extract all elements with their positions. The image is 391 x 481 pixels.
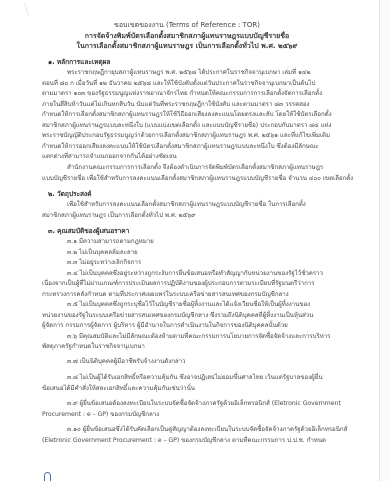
viewer-gutter	[380, 0, 391, 481]
paragraph-line: ตอนที่ ๘๐ ก เมื่อวันที่ ๑๒ ธันวาคม ๒๕๖๘ …	[42, 79, 315, 89]
section-heading-1: ๑. หลักการและเหตุผล	[48, 57, 110, 67]
list-item: ๓.๓ ไม่อยู่ระหว่างเลิกกิจการ	[67, 258, 141, 268]
paragraph-line: หน่วยงานของรัฐในระบบเครือข่ายสารสนเทศของ…	[42, 311, 313, 321]
paragraph-line: พัสดุภาครัฐกำหนดในราชกิจจานุเบกษา	[42, 342, 145, 352]
list-item: ๓.๑๐ ผู้ยื่นข้อเสนอซึ่งได้รับคัดเลือกเป็…	[67, 425, 347, 435]
paragraph-line: ตามมาตรา ๑๐๓ ของรัฐธรรมนูญแห่งราชอาณาจัก…	[42, 89, 322, 99]
title-line-3: ในการเลือกตั้งสมาชิกสภาผู้แทนราษฎร เป็นก…	[42, 41, 332, 52]
cursor-mark-icon	[44, 472, 51, 481]
paragraph-line: Procurement : e – GP) ของกรมบัญชีกลาง	[42, 410, 159, 420]
paragraph-line: สมาชิกสภาผู้แทนราษฎร เป็นการเลือกตั้งทั่…	[42, 211, 196, 221]
section-heading-3: ๓. คุณสมบัติของผู้เสนอราคา	[48, 226, 129, 236]
paragraph-line: ผู้จัดการ กรรมการผู้จัดการ ผู้บริหาร ผู้…	[42, 321, 288, 331]
paragraph-line: เนื่องจากเป็นผู้ที่ไม่ผ่านเกณฑ์การประเมิ…	[42, 279, 315, 289]
title-line-1: ขอบเขตของงาน (Terms of Reference : TOR)	[42, 20, 332, 31]
document-title: ขอบเขตของงาน (Terms of Reference : TOR) …	[42, 20, 332, 52]
paragraph-line: แตกต่างที่สามารถจำแนกออกจากกันได้อย่างชั…	[42, 152, 177, 162]
paragraph-line: กำหนดให้การออกเสียงลงคะแนนให้ใช้บัตรเลือ…	[42, 142, 319, 152]
paragraph-line: แบบบัญชีรายชื่อ เพื่อใช้สำหรับการลงคะแนน…	[42, 174, 353, 184]
paragraph-line: พระราชบัญญัติประกอบรัฐธรรมนูญว่าด้วยการเ…	[42, 131, 330, 141]
paragraph-line: กำหนดให้การเลือกตั้งสมาชิกสภาผู้แทนราษฎร…	[42, 110, 332, 120]
list-item: ๓.๖ มีคุณสมบัติและไม่มีลักษณะต้องห้ามตาม…	[67, 332, 330, 342]
paragraph-line: กระทรวงการคลังกำหนด ตามที่ประกาศเผยแพร่ใ…	[42, 290, 289, 300]
paragraph-line: ข้อเสนอได้มีคำสั่งให้สละเอกสิทธิ์และความ…	[42, 384, 195, 394]
paragraph-line: สำนักงานคณะกรรมการการเลือกตั้ง จึงต้องดำ…	[67, 163, 323, 173]
section-heading-2: ๒. วัตถุประสงค์	[48, 189, 91, 199]
list-item: ๓.๒ ไม่เป็นบุคคลล้มละลาย	[67, 248, 138, 258]
list-item: ๓.๑ มีความสามารถตามกฎหมาย	[67, 237, 154, 247]
paragraph-line: พระราชกฤษฎีกายุบสภาผู้แทนราษฎร พ.ศ. ๒๕๖๘…	[67, 68, 371, 78]
list-item: ๓.๘ ไม่เป็นผู้ได้รับเอกสิทธิ์หรือความคุ้…	[67, 373, 323, 383]
title-line-2: การจัดจ้างพิมพ์บัตรเลือกตั้งสมาชิกสภาผู้…	[42, 31, 332, 42]
paragraph-line: ภายในสี่สิบห้าวันแต่ไม่เกินหกสิบวัน นับแ…	[42, 100, 310, 110]
paragraph-line: สมาชิกสภาผู้แทนราษฎรแบบละหนึ่งใบ (แบบแบ่…	[42, 121, 332, 131]
list-item: ๓.๗ เป็นนิติบุคคลผู้มีอาชีพรับจ้างงานดัง…	[67, 357, 185, 367]
list-item: ๓.๔ ไม่เป็นบุคคลซึ่งอยู่ระหว่างถูกระงับก…	[67, 269, 323, 279]
list-item: ๓.๙ ผู้ยื่นข้อเสนอต้องลงทะเบียนในระบบจัด…	[67, 399, 341, 409]
paragraph-line: เพื่อใช้สำหรับการลงคะแนนเลือกตั้งสมาชิกส…	[67, 200, 306, 210]
paragraph-line: (Eletronic Government Procurement : e – …	[42, 436, 326, 446]
list-item: ๓.๕ ไม่เป็นบุคคลซึ่งถูกระบุชื่อไว้ในบัญช…	[67, 300, 310, 310]
